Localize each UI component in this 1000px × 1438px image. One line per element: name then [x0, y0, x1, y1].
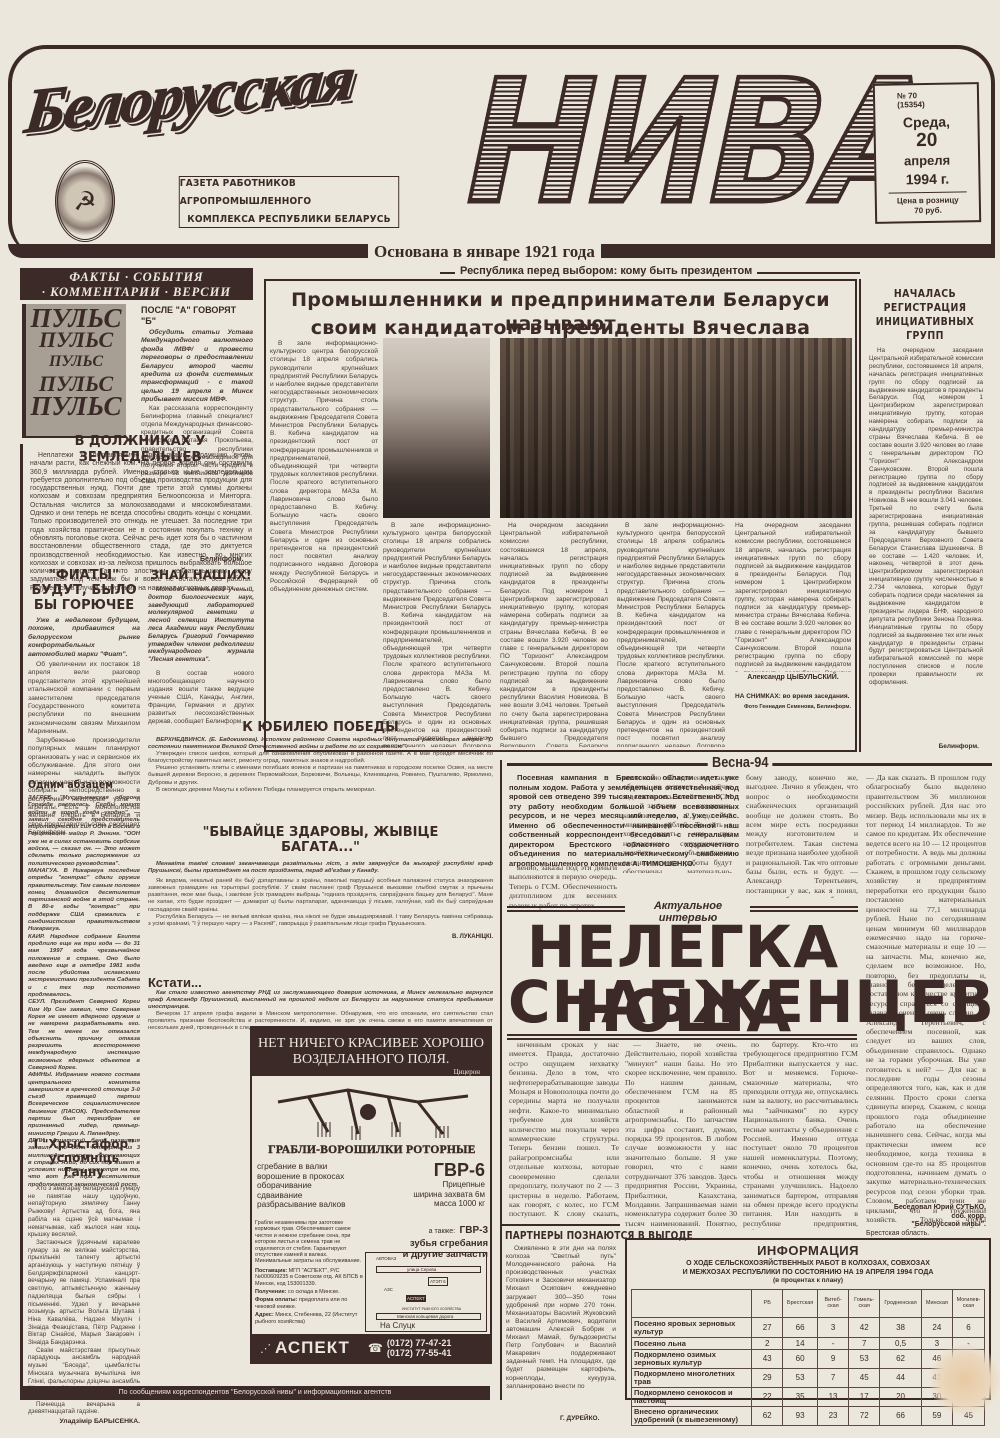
registration-title-line: НАЧАЛАСЬ: [871, 287, 980, 301]
ad-banner-line: ВОЗДЕЛАННОГО ПОЛЯ.: [252, 1052, 490, 1068]
left-rule: [20, 444, 23, 1394]
fiat-lead: Уже в недалеком будущем, похоже, прибави…: [28, 617, 140, 659]
phone-icon: ☎: [368, 1341, 383, 1355]
cell: 60: [783, 1349, 818, 1368]
rake-machine-image: [268, 1082, 478, 1142]
ad-banner-line: НЕТ НИЧЕГО КРАСИВЕЕ ХОРОШО: [252, 1036, 490, 1052]
issue-month: апреля: [876, 151, 978, 171]
interview-bottom-col-3: по бартеру. Кто-что из требующегося пред…: [743, 1040, 858, 1230]
znay-title: ЗНАЙ НАШИХ!: [148, 568, 254, 582]
issue-weekday: Среда,: [875, 112, 977, 132]
cell: 53: [849, 1349, 880, 1368]
kstati-article: Кстати... Как стало известно агентству Р…: [148, 975, 493, 1033]
ad-phone: (0172) 77-55-41: [387, 1348, 452, 1358]
cell: 17: [849, 1387, 880, 1406]
ad-receipt-label: Получение:: [255, 1289, 287, 1295]
info-table: РБ Брестская Витеб-ская Гомель-ская Грод…: [631, 1289, 985, 1426]
ad-product-name: ГРАБЛИ-ВОРОШИЛКИ РОТОРНЫЕ: [255, 1144, 489, 1156]
interview-signature: Беседовал Юрий СУТЬКО, соб. корр. "Белор…: [866, 1204, 986, 1238]
main-article-col-1: В зале информационно-культурного центра …: [270, 340, 378, 748]
kstati-lead: Как стало известно агентству РНД из засл…: [148, 990, 493, 1011]
cell: 38: [880, 1317, 922, 1337]
imf-title: ПОСЛЕ "А" ГОВОРЯТ "Б": [141, 305, 253, 327]
ad-supplier-label: Поставщик:: [255, 1268, 287, 1274]
news-item: КАИР. Народное собрание Египта продлило …: [28, 934, 140, 1000]
info-col-header: Гродненская: [880, 1289, 922, 1317]
cell: 20: [880, 1387, 922, 1406]
kicker-rule-left: [507, 910, 625, 912]
cell: 2: [752, 1337, 783, 1349]
section-vesna-94: Весна-94: [708, 754, 773, 771]
hrystafor-author: Уладзімір БАРЫСЕНКА.: [28, 1418, 140, 1425]
ad-footer: ⋰ АСПЕКТ ☎ (0172) 77-47-21 (0172) 77-55-…: [252, 1334, 490, 1362]
main-article-col-4: В зале информационно-культурного центра …: [617, 522, 725, 747]
issue-info-card: № 70 (15354) Среда, 20 апреля 1994 г. Це…: [873, 82, 981, 224]
row-label: Подкормлено сенокосов и пастбищ: [632, 1387, 752, 1406]
cell: 45: [849, 1368, 880, 1387]
rubric: Республика перед выбором: кому быть през…: [455, 265, 757, 277]
info-subtitle-line: (в процентах к плану): [627, 1277, 989, 1286]
map-ring-road: Минская кольцевая дорога: [376, 1313, 481, 1320]
news-item: СЕУЛ. Президент Северной Кореи Ким Ир Се…: [28, 999, 140, 1072]
hrystafor-article: І "Хрыстафор" успомніць Ганну Хто з амат…: [28, 1137, 140, 1425]
one-paragraph-title: Одним абзацем: [28, 778, 123, 791]
col-5-text: На очередном заседании Центральной избир…: [735, 522, 851, 672]
info-col-header: РБ: [752, 1289, 783, 1317]
jubilee-body-3: В околицах деревни Макуты к юбилею Побед…: [148, 787, 493, 794]
photo-audience: [500, 338, 852, 518]
info-title: ИНФОРМАЦИЯ: [627, 1243, 989, 1258]
bssr-emblem-icon: ☭: [55, 160, 115, 242]
hrystafor-title-line: успомніць Ганну: [28, 1151, 140, 1179]
map-label: ИНСТИТУТ РЫБНОГО ХОЗЯЙСТВА: [402, 1307, 461, 1311]
hrystafor-title-line: І "Хрыстафор": [28, 1137, 140, 1151]
map-direction: На Слуцк: [380, 1321, 415, 1330]
partners-rule: [502, 1224, 620, 1226]
row-label: Посеяно льна: [632, 1337, 752, 1349]
row-label: Посеяно яровых зерновых культур: [632, 1317, 752, 1337]
kicker-rule-right: [750, 910, 858, 912]
table-row: Внесено органических удобрений (к вывезе…: [632, 1406, 985, 1425]
map-label: АЗС: [384, 1287, 393, 1292]
puls-word: ПУЛЬС: [26, 351, 126, 373]
byvaice-title-line: "БЫВАЙЦЕ ЗДАРОВЫ, ЖЫВІЦЕ: [148, 825, 493, 840]
subtitle-line-1: ГАЗЕТА РАБОТНИКОВ АГРОПРОМЫШЛЕННОГО: [180, 175, 399, 211]
table-row: Посеяно яровых зерновых культур 27 66 3 …: [632, 1317, 985, 1337]
ad-function: разбрасывание валков: [257, 1200, 377, 1210]
sources-strip: По сообщениям корреспондентов "Белорусск…: [20, 1386, 490, 1400]
znay-article: ЗНАЙ НАШИХ! Молодой гомельский ученый, д…: [148, 568, 254, 726]
map-street: улица Серова: [376, 1266, 481, 1273]
ad-phones: (0172) 77-47-21 (0172) 77-55-41: [387, 1338, 452, 1358]
ad-phone: (0172) 77-47-21: [387, 1338, 452, 1348]
info-col-header: Минская: [921, 1289, 952, 1317]
ad-also-label: а также:: [429, 1228, 455, 1235]
registration-body: На очередном заседании Центральной избир…: [861, 343, 989, 743]
map-aspect-marker: АСПЕКТ: [406, 1295, 426, 1302]
cell: 44: [880, 1368, 922, 1387]
interview-col-b: ними само объединение такие объемы не по…: [617, 773, 732, 873]
interview-bottom-col-1: ниченным сроках у нас имеется. Правда, д…: [509, 1040, 619, 1220]
ad-payment-label: Форма оплаты:: [255, 1297, 297, 1303]
ad-spec: Прицепные: [385, 1180, 485, 1190]
news-item: ЗАГРЕБ. "Мусульманская оборона Горажде р…: [28, 795, 140, 868]
fiat-title-line: БУДУТ, БЫЛО: [28, 583, 140, 598]
cell: 0,5: [880, 1337, 922, 1349]
byvaice-author: В. ЛУКАНІЦКІ.: [148, 934, 493, 940]
paper-stain: [930, 1345, 1000, 1415]
ad-brand: АСПЕКТ: [275, 1338, 350, 1358]
cell: 29: [752, 1368, 783, 1387]
ad-description: Грабли незаменимы при заготовке кормовых…: [255, 1220, 363, 1265]
partners-body-1: Оживленно в эти дни на полях колхоза "Св…: [506, 1245, 616, 1391]
cell: -: [818, 1337, 849, 1349]
info-col-header: Гомель-ская: [849, 1289, 880, 1317]
headline-rule: [507, 1034, 857, 1036]
news-item: МАНАГУА. В Никарагуа последние отряды "к…: [28, 868, 140, 934]
main-article-col-2: В зале информационно-культурного центра …: [383, 522, 491, 747]
cell: 53: [783, 1368, 818, 1387]
znay-lead: Молодой гомельский ученый, доктор биолог…: [148, 586, 254, 664]
map-label: АТЭП 6: [428, 1277, 448, 1286]
masthead-subtitle: ГАЗЕТА РАБОТНИКОВ АГРОПРОМЫШЛЕННОГО КОМП…: [179, 176, 399, 228]
znay-body: В состав нового многообещающего научного…: [148, 670, 254, 726]
byvaice-body-2: Рэспубліка Беларусь — не вельмі вялікая …: [148, 914, 493, 928]
table-row: Посеяно льна 2 14 - 7 0,5 3 -: [632, 1337, 985, 1349]
info-col-header: Могилев-ская: [952, 1289, 984, 1317]
cell: 13: [818, 1387, 849, 1406]
row-label: Подкормлено озимых зерновых культур: [632, 1349, 752, 1368]
ad-model: ГВР-6: [385, 1160, 485, 1180]
ad-quote-author: Цицерон: [252, 1068, 490, 1076]
section-facts-bar: ФАКТЫ · СОБЫТИЯ · КОММЕНТАРИИ · ВЕРСИИ: [20, 268, 253, 300]
cell: 62: [880, 1349, 922, 1368]
main-article-col-3: На очередном заседании Центральной избир…: [500, 522, 608, 747]
jubilee-body-1: Утвержден список шефов, который для озна…: [148, 751, 493, 765]
info-col-header: Брестская: [783, 1289, 818, 1317]
byvaice-body-1: Як вядома, некалькі раней ён быў дэпарта…: [148, 878, 493, 913]
cell: 66: [880, 1406, 922, 1425]
news-item: АФИНЫ. Избранием нового состава централь…: [28, 1072, 140, 1138]
map-label: АВТОВАЗ: [376, 1256, 396, 1261]
issue-price: Цена в розницу 70 руб.: [889, 191, 967, 216]
fiat-body-1: Об увеличении их поставок 18 апреля вели…: [28, 661, 140, 737]
ad-address-label: Адрес:: [255, 1312, 274, 1318]
registration-title: НАЧАЛАСЬ РЕГИСТРАЦИЯ ИНИЦИАТИВНЫХ ГРУПП: [861, 287, 989, 343]
hrystafor-body-1: Хто з аматараў беларускага гумару не пам…: [28, 1185, 140, 1239]
cell: 7: [818, 1368, 849, 1387]
interview-col-c: бому заводу, конечно же, выгоднее. Лично…: [740, 773, 858, 898]
fiat-title-line: "ФИАТЫ": [28, 568, 140, 583]
info-header-row: РБ Брестская Витеб-ская Гомель-ская Грод…: [632, 1289, 985, 1317]
puls-word: ПУЛЬС: [26, 307, 126, 329]
price-label: Цена в розницу: [889, 195, 967, 206]
founded-line: Основана в январе 1921 года: [368, 242, 601, 262]
ad-also-item: зубья сгребания: [370, 1238, 488, 1249]
puls-word: ПУЛЬС: [26, 329, 126, 351]
subtitle-line-2: КОМПЛЕКСА РЕСПУБЛИКИ БЕЛАРУСЬ: [187, 211, 390, 229]
registration-article: НАЧАЛАСЬ РЕГИСТРАЦИЯ ИНИЦИАТИВНЫХ ГРУПП …: [859, 279, 989, 752]
ad-also-model: ГВР-3: [460, 1225, 488, 1236]
issue-year: 1994 г.: [876, 169, 978, 189]
cell: 62: [752, 1406, 783, 1425]
cell: 42: [849, 1317, 880, 1337]
interview-author-role: соб. корр.: [866, 1213, 986, 1222]
fiat-title-line: БЫ ГОРЮЧЕЕ: [28, 598, 140, 613]
kstati-title: Кстати...: [148, 975, 493, 990]
cell: 93: [783, 1406, 818, 1425]
photo-credit: Фото Геннадия Семенова, Белинформ.: [735, 704, 851, 710]
hrystafor-body-2: Застаючыся ўдзячнымі каралеве гумару за …: [28, 1239, 140, 1347]
ad-location-map: АВТОВАЗ улица Серова АТЭП 6 АЗС АСПЕКТ И…: [365, 1252, 487, 1332]
issue-day: 20: [876, 130, 978, 151]
registration-title-line: ГРУПП: [871, 329, 980, 343]
cell: 22: [752, 1387, 783, 1406]
registration-title-line: ИНИЦИАТИВНЫХ: [871, 315, 980, 329]
cell: 7: [849, 1337, 880, 1349]
debtors-source: Белинформ.: [200, 556, 244, 563]
hrystafor-body-4: Пачнецца вечарына а дзевятнаццатай гадзі…: [28, 1401, 140, 1416]
ad-spec: ширина захвата 6м: [385, 1190, 485, 1200]
cell: 27: [752, 1317, 783, 1337]
main-article-author: Александр ЦЫБУЛЬСКИЙ.: [735, 674, 851, 681]
byvaice-title: "БЫВАЙЦЕ ЗДАРОВЫ, ЖЫВІЦЕ БАГАТА...": [148, 825, 493, 855]
registration-title-line: РЕГИСТРАЦИЯ: [871, 301, 980, 315]
cell: 72: [849, 1406, 880, 1425]
fiat-title: "ФИАТЫ" БУДУТ, БЫЛО БЫ ГОРЮЧЕЕ: [28, 568, 140, 613]
interview-author-paper: "Белорусской нивы".: [866, 1221, 986, 1230]
byvaice-article: "БЫВАЙЦЕ ЗДАРОВЫ, ЖЫВІЦЕ БАГАТА..." Мена…: [148, 825, 493, 940]
cell: 35: [783, 1387, 818, 1406]
price-value: 70 руб.: [889, 205, 967, 216]
info-col-header: Витеб-ская: [818, 1289, 849, 1317]
info-subtitle: О ХОДЕ СЕЛЬСКОХОЗЯЙСТВЕННЫХ РАБОТ В КОЛХ…: [627, 1260, 989, 1286]
interview-region: Брестская область.: [866, 1230, 986, 1239]
interview-author: Беседовал Юрий СУТЬКО,: [866, 1204, 986, 1213]
photo-caption: НА СНИМКАХ: во время заседания.: [735, 693, 851, 700]
puls-box: ПУЛЬС ПУЛЬС ПУЛЬС ПУЛЬС ПУЛЬС: [22, 304, 126, 438]
cell: 24: [921, 1317, 952, 1337]
partners-title: ПАРТНЕРЫ ПОЗНАЮТСЯ В ВЫГОДЕ: [505, 1229, 599, 1242]
one-paragraph-section: Одним абзацем ЗАГРЕБ. "Мусульманская обо…: [28, 778, 140, 1189]
section-bar-line-2: · КОММЕНТАРИИ · ВЕРСИИ: [20, 285, 253, 300]
cell: 6: [952, 1317, 984, 1337]
kicker-rule-right: [750, 906, 858, 908]
byvaice-title-line: БАГАТА...": [148, 840, 493, 855]
hrystafor-title: І "Хрыстафор" успомніць Ганну: [28, 1137, 140, 1179]
interview-bottom-col-2: — Знаете, не очень. Действительно, порой…: [625, 1040, 737, 1230]
section-bar-line-1: ФАКТЫ · СОБЫТИЯ: [20, 270, 253, 285]
info-subtitle-line: И МЕЖХОЗАХ РЕСПУБЛИКИ ПО СОСТОЯНИЮ НА 19…: [627, 1269, 989, 1278]
ad-details: Грабли незаменимы при заготовке кормовых…: [255, 1220, 363, 1325]
cell: 23: [818, 1406, 849, 1425]
interview-col-a: венно, заказы под эти деньги выполняются…: [509, 863, 617, 910]
interview-headline-line-2: СНАБЖЕНЦЕВ: [508, 970, 858, 1034]
cell: 9: [818, 1349, 849, 1368]
issue-total-number: (15354): [875, 99, 977, 110]
kicker-rule-left: [507, 906, 625, 908]
info-subtitle-line: О ХОДЕ СЕЛЬСКОХОЗЯЙСТВЕННЫХ РАБОТ В КОЛХ…: [627, 1260, 989, 1269]
cell: 66: [783, 1317, 818, 1337]
row-label: Внесено органических удобрений (к вывезе…: [632, 1406, 752, 1425]
ad-functions-list: сгребание в валки ворошение в прокосах о…: [257, 1162, 377, 1210]
ad-spec: масса 1000 кг: [385, 1199, 485, 1209]
registration-source: Белинформ.: [861, 743, 989, 750]
byvaice-lead: Менавіта такімі словамі заканчваецца раз…: [148, 861, 493, 875]
row-label: Подкормлено многолетних трав: [632, 1368, 752, 1387]
imf-lead: Обсудить статьи Устава Международного ва…: [141, 329, 253, 405]
main-article-col-5: На очередном заседании Центральной избир…: [735, 522, 851, 710]
cell: 43: [752, 1349, 783, 1368]
info-header-empty: [632, 1289, 752, 1317]
jubilee-body-2: Решено установить плиты с именами погибш…: [148, 765, 493, 786]
puls-word: ПУЛЬС: [26, 395, 126, 417]
ad-model-block: ГВР-6 Прицепные ширина захвата 6м масса …: [385, 1160, 485, 1209]
cell: 3: [818, 1317, 849, 1337]
cell: 14: [783, 1337, 818, 1349]
ad-receipt: со склада в Минске.: [288, 1289, 340, 1295]
photo-kebich: [383, 338, 490, 518]
ad-banner: НЕТ НИЧЕГО КРАСИВЕЕ ХОРОШО ВОЗДЕЛАННОГО …: [252, 1028, 490, 1076]
aspect-logo-icon: ⋰: [260, 1342, 271, 1355]
partners-author: Г. ДУРЕЙКО.: [560, 1415, 599, 1422]
interview-left-rule: [500, 760, 502, 1400]
